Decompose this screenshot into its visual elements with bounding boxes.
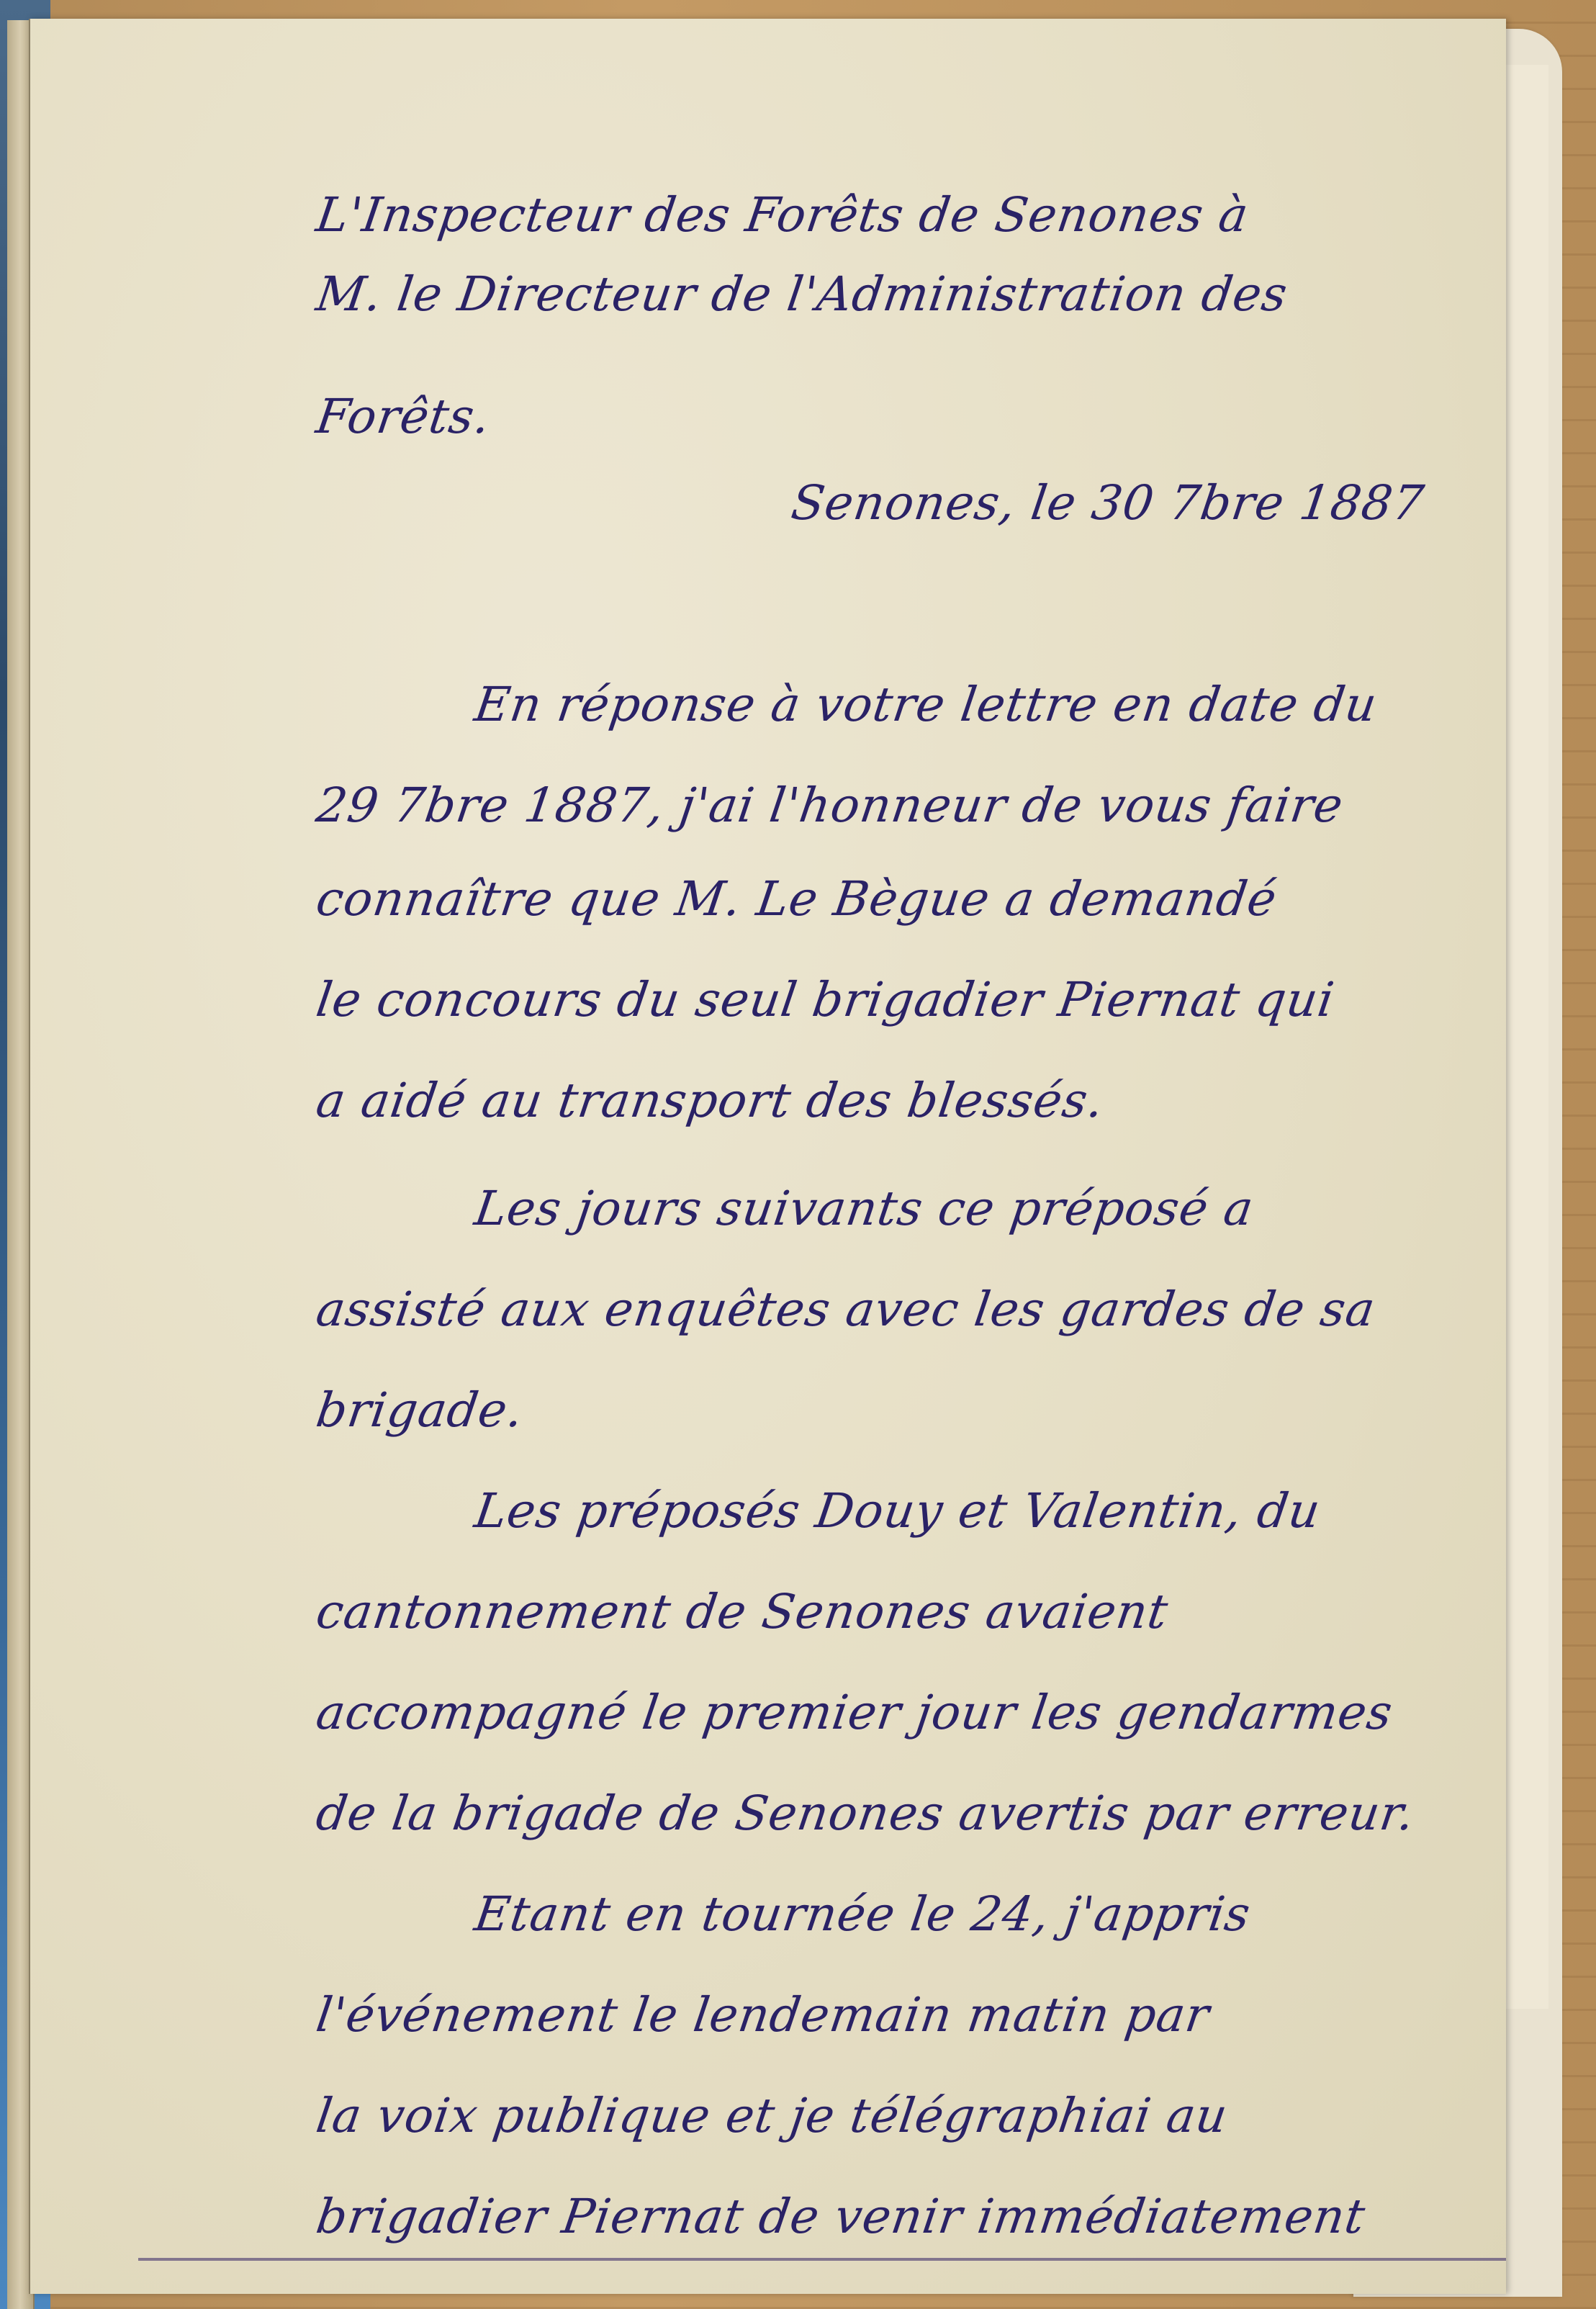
body-line: l'événement le lendemain matin par xyxy=(313,1987,1214,2043)
body-line: assisté aux enquêtes avec les gardes de … xyxy=(313,1282,1379,1337)
body-line: Les jours suivants ce préposé a xyxy=(472,1181,1258,1236)
body-line: de la brigade de Senones avertis par err… xyxy=(313,1786,1418,1841)
body-line: le concours du seul brigadier Piernat qu… xyxy=(313,972,1338,1027)
body-line: Etant en tournée le 24, j'appris xyxy=(472,1886,1254,1942)
heading-line: Forêts. xyxy=(313,389,495,444)
body-line: cantonnement de Senones avaient xyxy=(313,1584,1172,1639)
body-line: En réponse à votre lettre en date du xyxy=(472,677,1381,732)
heading-line: M. le Directeur de l'Administration des xyxy=(313,266,1291,322)
body-line: brigadier Piernat de venir immédiatement xyxy=(313,2189,1369,2244)
heading-line: L'Inspecteur des Forêts de Senones à xyxy=(313,187,1253,243)
body-line: accompagné le premier jour les gendarmes xyxy=(313,1685,1397,1740)
body-line: connaître que M. Le Bègue a demandé xyxy=(313,871,1281,927)
date-line: Senones, le 30 7bre 1887 xyxy=(788,475,1428,531)
body-line: Les préposés Douy et Valentin, du xyxy=(472,1483,1325,1539)
body-line: a aidé au transport des blessés. xyxy=(313,1073,1108,1128)
body-line: brigade. xyxy=(313,1382,528,1438)
body-line: 29 7bre 1887, j'ai l'honneur de vous fai… xyxy=(313,778,1347,833)
letter-sheet xyxy=(29,19,1506,2294)
body-line: la voix publique et je télégraphiai au xyxy=(313,2088,1232,2143)
